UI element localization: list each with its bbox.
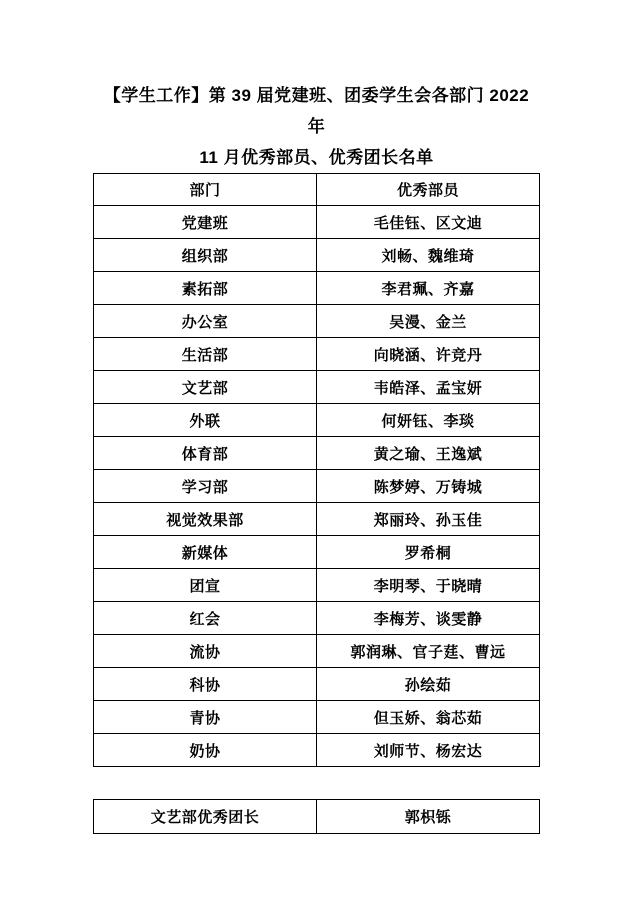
table-cell: 青协: [94, 701, 317, 734]
table-cell: 科协: [94, 668, 317, 701]
table-row: 生活部向晓涵、许竞丹: [94, 338, 540, 371]
awards-table-body: 党建班毛佳钰、区文迪组织部刘畅、魏维琦素拓部李君珮、齐嘉办公室吴漫、金兰生活部向…: [94, 206, 540, 767]
table-row: 组织部刘畅、魏维琦: [94, 239, 540, 272]
awards-table-header-row: 部门 优秀部员: [94, 174, 540, 206]
table-cell: 学习部: [94, 470, 317, 503]
awards-table: 部门 优秀部员 党建班毛佳钰、区文迪组织部刘畅、魏维琦素拓部李君珮、齐嘉办公室吴…: [93, 173, 540, 767]
outstanding-leader-table: 文艺部优秀团长郭枳铄: [93, 799, 540, 834]
table-row: 党建班毛佳钰、区文迪: [94, 206, 540, 239]
table-cell: 刘畅、魏维琦: [317, 239, 540, 272]
table-row: 视觉效果部郑丽玲、孙玉佳: [94, 503, 540, 536]
table-cell: 何妍钰、李琰: [317, 404, 540, 437]
table-row: 红会李梅芳、谈雯静: [94, 602, 540, 635]
document-page: 【学生工作】第 39 届党建班、团委学生会各部门 2022 年 11 月优秀部员…: [0, 0, 633, 900]
column-header-department: 部门: [94, 174, 317, 206]
table-cell: 但玉娇、翁芯茹: [317, 701, 540, 734]
table-row: 新媒体罗希桐: [94, 536, 540, 569]
table-cell: 郭润琳、官子莛、曹远: [317, 635, 540, 668]
table-cell: 刘师节、杨宏达: [317, 734, 540, 767]
table-row: 文艺部优秀团长郭枳铄: [94, 800, 540, 834]
column-header-outstanding-members: 优秀部员: [317, 174, 540, 206]
table-cell: 韦皓泽、孟宝妍: [317, 371, 540, 404]
table-cell: 吴漫、金兰: [317, 305, 540, 338]
table-cell: 团宣: [94, 569, 317, 602]
table-row: 办公室吴漫、金兰: [94, 305, 540, 338]
document-title: 【学生工作】第 39 届党建班、团委学生会各部门 2022 年 11 月优秀部员…: [93, 0, 540, 173]
table-row: 体育部黄之瑜、王逸斌: [94, 437, 540, 470]
table-cell: 李明琴、于晓晴: [317, 569, 540, 602]
table-cell: 外联: [94, 404, 317, 437]
table-cell: 李君珮、齐嘉: [317, 272, 540, 305]
table-row: 青协但玉娇、翁芯茹: [94, 701, 540, 734]
table-cell: 流协: [94, 635, 317, 668]
table-cell: 奶协: [94, 734, 317, 767]
table-row: 外联何妍钰、李琰: [94, 404, 540, 437]
table-cell: 组织部: [94, 239, 317, 272]
document-title-line2: 11 月优秀部员、优秀团长名单: [93, 142, 540, 173]
table-cell: 文艺部优秀团长: [94, 800, 317, 834]
table-cell: 体育部: [94, 437, 317, 470]
table-cell: 新媒体: [94, 536, 317, 569]
table-cell: 党建班: [94, 206, 317, 239]
table-cell: 生活部: [94, 338, 317, 371]
table-cell: 黄之瑜、王逸斌: [317, 437, 540, 470]
table-row: 素拓部李君珮、齐嘉: [94, 272, 540, 305]
table-cell: 文艺部: [94, 371, 317, 404]
outstanding-leader-table-body: 文艺部优秀团长郭枳铄: [94, 800, 540, 834]
table-row: 流协郭润琳、官子莛、曹远: [94, 635, 540, 668]
table-cell: 红会: [94, 602, 317, 635]
document-title-line1: 【学生工作】第 39 届党建班、团委学生会各部门 2022 年: [93, 80, 540, 142]
table-cell: 陈梦婷、万铸城: [317, 470, 540, 503]
table-cell: 办公室: [94, 305, 317, 338]
table-cell: 素拓部: [94, 272, 317, 305]
table-row: 科协孙绘茹: [94, 668, 540, 701]
table-cell: 毛佳钰、区文迪: [317, 206, 540, 239]
table-cell: 郭枳铄: [317, 800, 540, 834]
table-cell: 视觉效果部: [94, 503, 317, 536]
table-cell: 孙绘茹: [317, 668, 540, 701]
table-cell: 罗希桐: [317, 536, 540, 569]
table-row: 团宣李明琴、于晓晴: [94, 569, 540, 602]
table-cell: 郑丽玲、孙玉佳: [317, 503, 540, 536]
table-cell: 李梅芳、谈雯静: [317, 602, 540, 635]
table-cell: 向晓涵、许竞丹: [317, 338, 540, 371]
table-row: 奶协刘师节、杨宏达: [94, 734, 540, 767]
table-row: 文艺部韦皓泽、孟宝妍: [94, 371, 540, 404]
table-row: 学习部陈梦婷、万铸城: [94, 470, 540, 503]
